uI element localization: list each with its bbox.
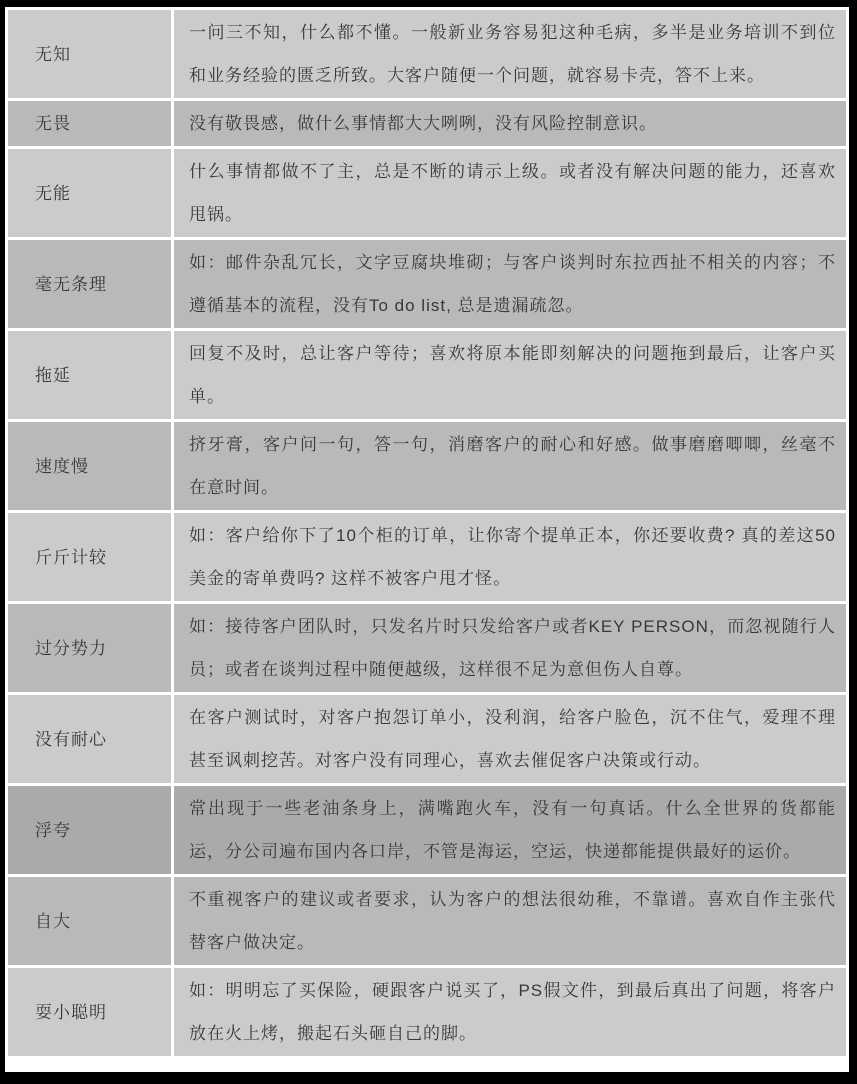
salesperson-faults-table: 无知 一问三不知，什么都不懂。一般新业务容易犯这种毛病，多半是业务培训不到位和业… bbox=[5, 7, 849, 1059]
table-row: 没有耐心 在客户测试时，对客户抱怨订单小，没利润，给客户脸色，沉不住气，爱理不理… bbox=[8, 695, 846, 783]
fault-term-cell: 无能 bbox=[8, 149, 171, 237]
table-row: 毫无条理 如：邮件杂乱冗长，文字豆腐块堆砌；与客户谈判时东拉西扯不相关的内容；不… bbox=[8, 240, 846, 328]
fault-description-cell: 挤牙膏，客户问一句，答一句，消磨客户的耐心和好感。做事磨磨唧唧，丝毫不在意时间。 bbox=[174, 422, 846, 510]
fault-term-cell: 速度慢 bbox=[8, 422, 171, 510]
fault-term-cell: 拖延 bbox=[8, 331, 171, 419]
table-row: 无能 什么事情都做不了主，总是不断的请示上级。或者没有解决问题的能力，还喜欢甩锅… bbox=[8, 149, 846, 237]
fault-term-cell: 耍小聪明 bbox=[8, 968, 171, 1056]
fault-description-cell: 不重视客户的建议或者要求，认为客户的想法很幼稚，不靠谱。喜欢自作主张代替客户做决… bbox=[174, 877, 846, 965]
fault-term-cell: 浮夸 bbox=[8, 786, 171, 874]
fault-term-cell: 过分势力 bbox=[8, 604, 171, 692]
table-row: 过分势力 如：接待客户团队时，只发名片时只发给客户或者KEY PERSON，而忽… bbox=[8, 604, 846, 692]
table-row: 速度慢 挤牙膏，客户问一句，答一句，消磨客户的耐心和好感。做事磨磨唧唧，丝毫不在… bbox=[8, 422, 846, 510]
document-background: 无知 一问三不知，什么都不懂。一般新业务容易犯这种毛病，多半是业务培训不到位和业… bbox=[5, 7, 849, 1072]
screenshot-frame: 无知 一问三不知，什么都不懂。一般新业务容易犯这种毛病，多半是业务培训不到位和业… bbox=[0, 0, 857, 1084]
table-row: 斤斤计较 如：客户给你下了10个柜的订单，让你寄个提单正本，你还要收费? 真的差… bbox=[8, 513, 846, 601]
table-row: 无知 一问三不知，什么都不懂。一般新业务容易犯这种毛病，多半是业务培训不到位和业… bbox=[8, 10, 846, 98]
table-row: 耍小聪明 如：明明忘了买保险，硬跟客户说买了，PS假文件，到最后真出了问题，将客… bbox=[8, 968, 846, 1056]
table-row: 拖延 回复不及时，总让客户等待；喜欢将原本能即刻解决的问题拖到最后，让客户买单。 bbox=[8, 331, 846, 419]
fault-description-cell: 如：明明忘了买保险，硬跟客户说买了，PS假文件，到最后真出了问题，将客户放在火上… bbox=[174, 968, 846, 1056]
fault-term-cell: 无知 bbox=[8, 10, 171, 98]
fault-term-cell: 毫无条理 bbox=[8, 240, 171, 328]
fault-description-cell: 如：客户给你下了10个柜的订单，让你寄个提单正本，你还要收费? 真的差这50美金… bbox=[174, 513, 846, 601]
fault-description-cell: 什么事情都做不了主，总是不断的请示上级。或者没有解决问题的能力，还喜欢甩锅。 bbox=[174, 149, 846, 237]
fault-description-cell: 如：邮件杂乱冗长，文字豆腐块堆砌；与客户谈判时东拉西扯不相关的内容；不遵循基本的… bbox=[174, 240, 846, 328]
table-row: 自大 不重视客户的建议或者要求，认为客户的想法很幼稚，不靠谱。喜欢自作主张代替客… bbox=[8, 877, 846, 965]
table-row: 浮夸 常出现于一些老油条身上，满嘴跑火车，没有一句真话。什么全世界的货都能运，分… bbox=[8, 786, 846, 874]
table-row: 无畏 没有敬畏感，做什么事情都大大咧咧，没有风险控制意识。 bbox=[8, 101, 846, 146]
fault-description-cell: 回复不及时，总让客户等待；喜欢将原本能即刻解决的问题拖到最后，让客户买单。 bbox=[174, 331, 846, 419]
fault-term-cell: 斤斤计较 bbox=[8, 513, 171, 601]
fault-description-cell: 一问三不知，什么都不懂。一般新业务容易犯这种毛病，多半是业务培训不到位和业务经验… bbox=[174, 10, 846, 98]
fault-description-cell: 常出现于一些老油条身上，满嘴跑火车，没有一句真话。什么全世界的货都能运，分公司遍… bbox=[174, 786, 846, 874]
fault-term-cell: 无畏 bbox=[8, 101, 171, 146]
fault-term-cell: 自大 bbox=[8, 877, 171, 965]
fault-description-cell: 在客户测试时，对客户抱怨订单小，没利润，给客户脸色，沉不住气，爱理不理甚至讽刺挖… bbox=[174, 695, 846, 783]
fault-description-cell: 如：接待客户团队时，只发名片时只发给客户或者KEY PERSON，而忽视随行人员… bbox=[174, 604, 846, 692]
fault-description-cell: 没有敬畏感，做什么事情都大大咧咧，没有风险控制意识。 bbox=[174, 101, 846, 146]
fault-term-cell: 没有耐心 bbox=[8, 695, 171, 783]
